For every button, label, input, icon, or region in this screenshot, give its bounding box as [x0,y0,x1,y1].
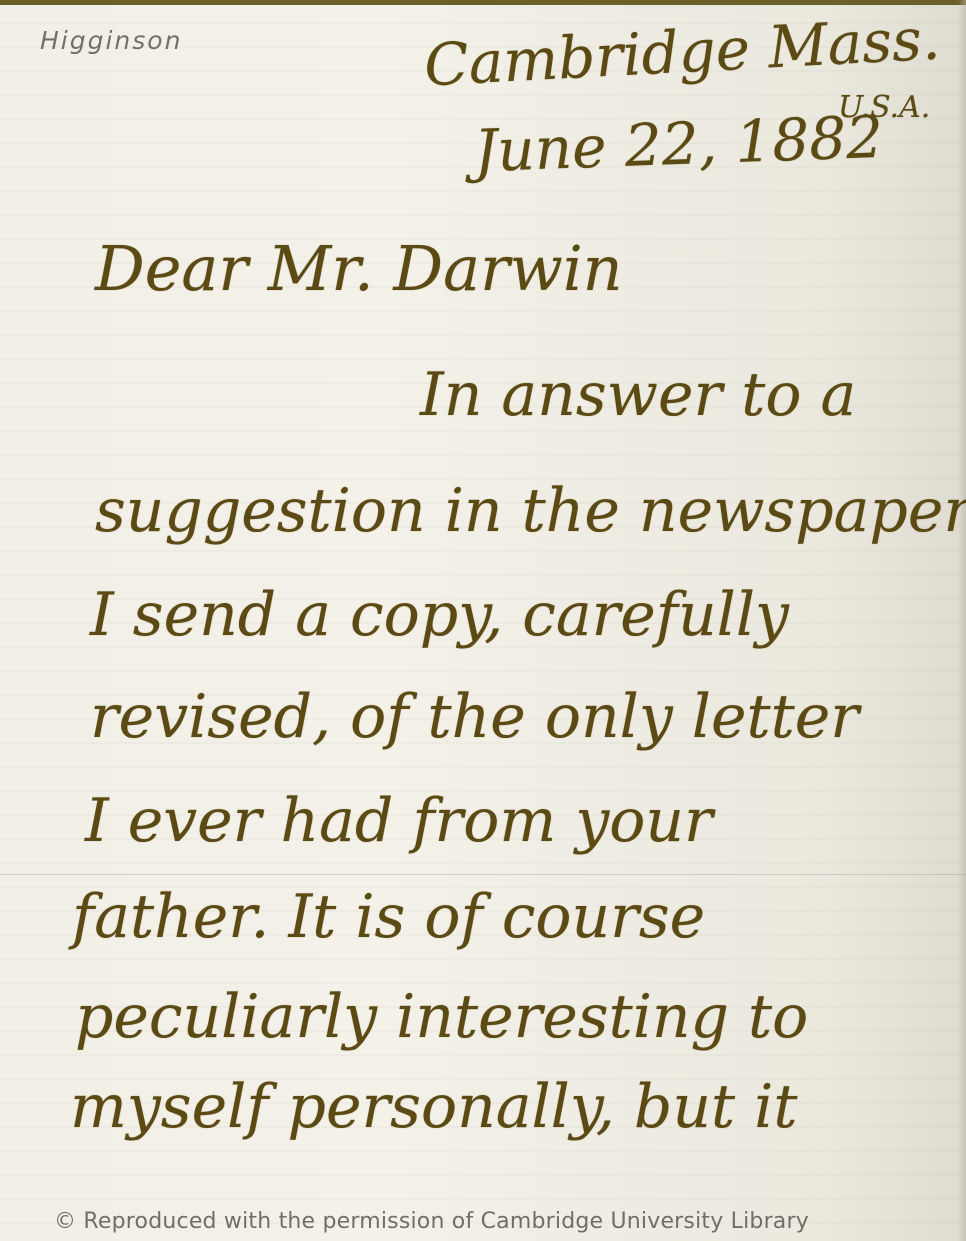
letter-line: peculiarly interesting to [75,982,808,1052]
letter-line: I send a copy, carefully [90,580,789,650]
paper-right-edge [958,0,966,1241]
letter-line: myself personally, but it [70,1072,797,1142]
copyright-watermark: © Reproduced with the permission of Camb… [54,1209,809,1234]
letter-line: I ever had from your [85,786,713,856]
letter-date: June 22, 1882 [473,103,884,185]
letter-salutation: Dear Mr. Darwin [95,232,623,305]
letter-place: Cambridge Mass. [423,5,942,100]
letter-line: father. It is of course [72,882,705,952]
paper-fold-line [0,874,966,875]
letter-page: Higginson Cambridge Mass. U.S.A. June 22… [0,0,966,1241]
letter-line: In answer to a [420,360,856,430]
archive-pencil-note: Higginson [40,26,182,55]
letter-line: revised, of the only letter [90,682,859,752]
scan-top-border [0,0,966,5]
letter-line: suggestion in the newspapers, [95,476,966,546]
